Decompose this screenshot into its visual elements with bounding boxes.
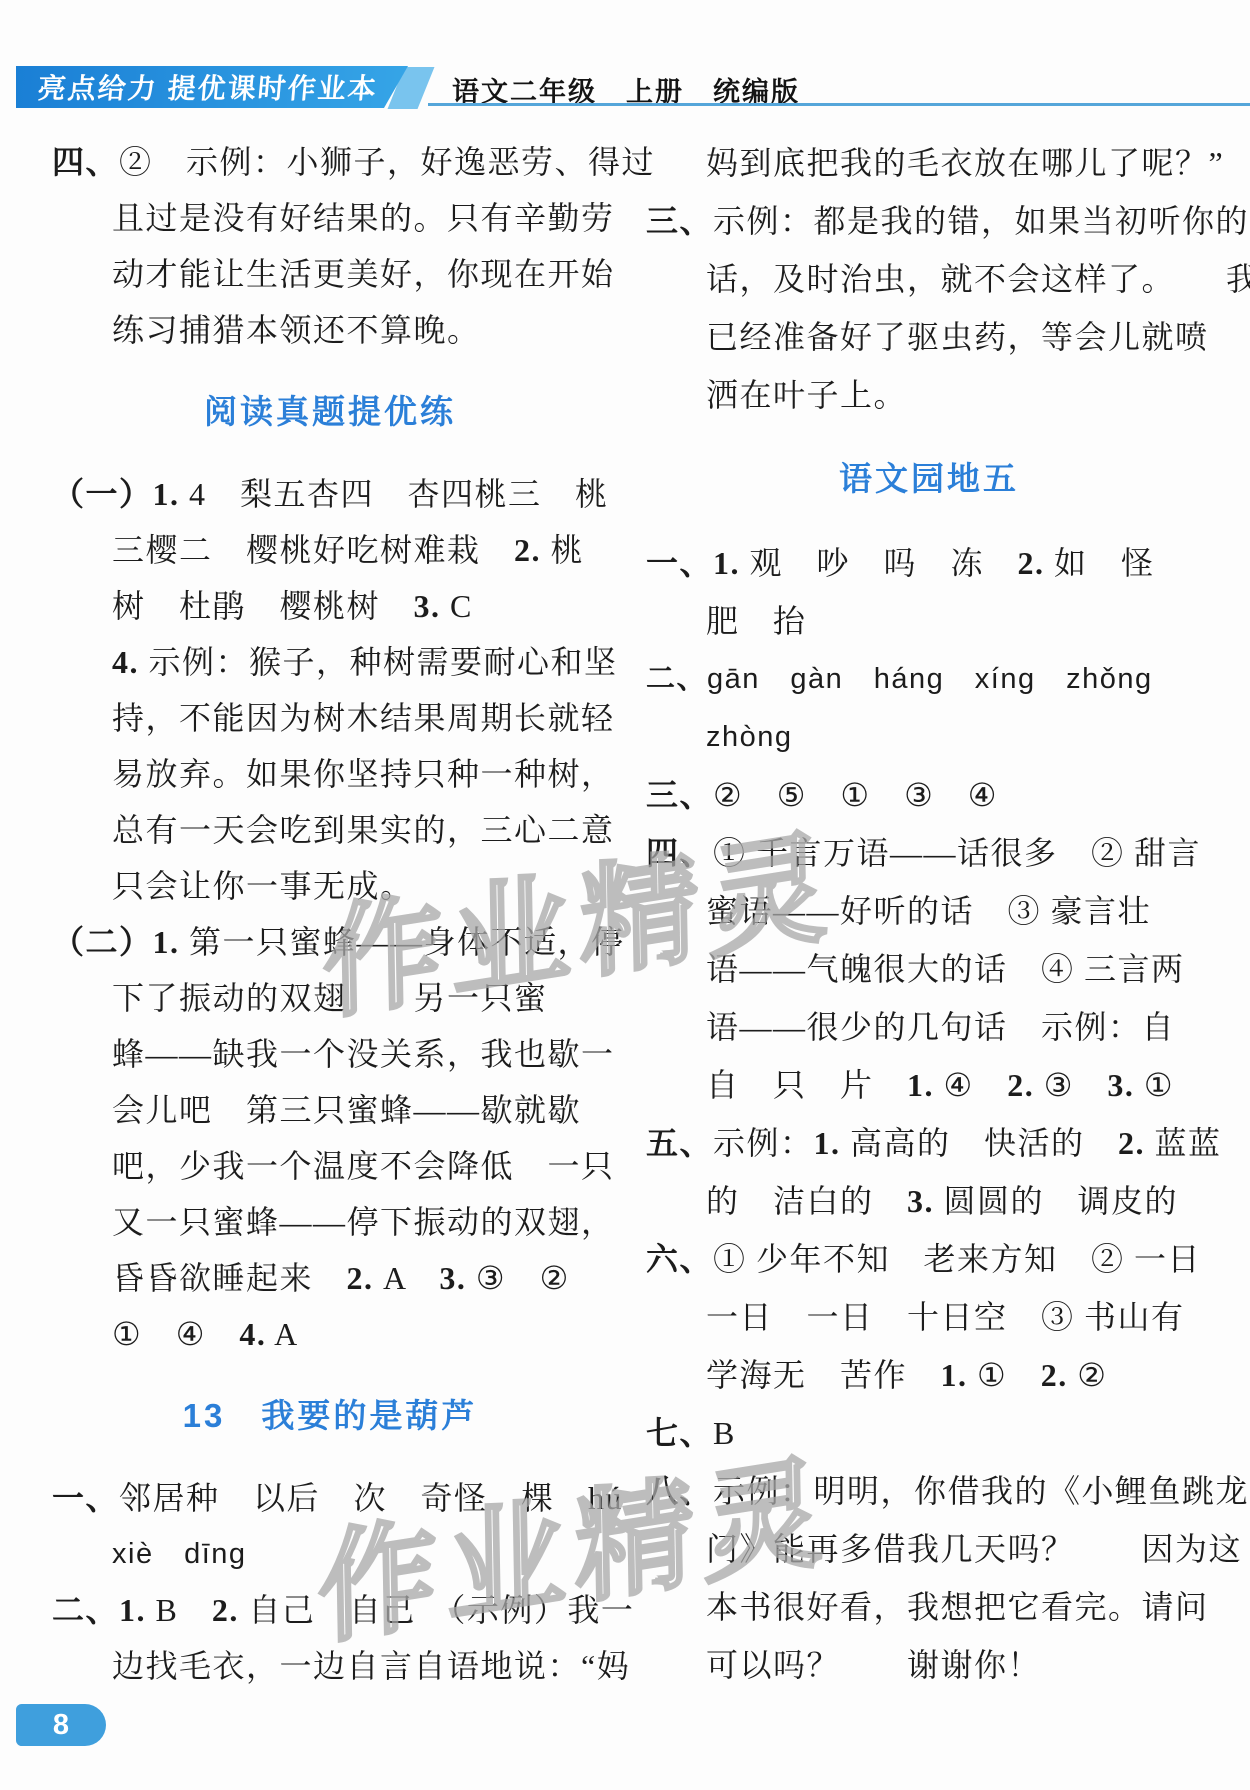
answer-line: 妈到底把我的毛衣放在哪儿了呢？”	[646, 134, 1212, 192]
answer-text: ① 千言万语——话很多 ② 甜言	[713, 835, 1201, 871]
answer-text: 洒在叶子上。	[706, 377, 907, 413]
answer-text: 1. B 2. 自己 自己 （示例）我一	[119, 1592, 634, 1628]
answer-text: ② 示例：小狮子，好逸恶劳、得过	[119, 144, 655, 180]
answer-text: 昏昏欲睡起来 2. A 3. ③ ②	[112, 1260, 570, 1296]
answer-line: 本书很好看，我想把它看完。请问	[646, 1578, 1212, 1636]
answer-text: 学海无 苦作 1. ① 2. ②	[706, 1357, 1107, 1393]
answer-text: 蜜语——好听的话 ③ 豪言壮	[706, 893, 1151, 929]
answer-line: 易放弃。如果你坚持只种一种树，	[52, 746, 608, 802]
item-label: 二、	[52, 1582, 119, 1638]
answer-text: 1. 4 梨五杏四 杏四桃三 桃	[153, 476, 609, 512]
answer-item: 七、B	[646, 1404, 1212, 1462]
answer-line: zhòng	[646, 708, 1212, 766]
answer-text: 蜂——缺我一个没关系，我也歇一	[112, 1036, 615, 1072]
answer-item: 三、示例：都是我的错，如果当初听你的	[646, 192, 1212, 250]
answer-line: xiè dīng	[52, 1526, 608, 1582]
answer-text: 本书很好看，我想把它看完。请问	[706, 1589, 1209, 1625]
answer-line: ① ④ 4. A	[52, 1306, 608, 1362]
answer-item: 六、① 少年不知 老来方知 ② 一日	[646, 1230, 1212, 1288]
answer-text: 只会让你一事无成。	[112, 868, 414, 904]
answer-text: 妈到底把我的毛衣放在哪儿了呢？”	[706, 145, 1224, 181]
answer-text: 语——很少的几句话 示例：自	[706, 1009, 1175, 1045]
answer-text: 又一只蜜蜂——停下振动的双翅，	[112, 1204, 615, 1240]
answer-text: 示例：1. 高高的 快活的 2. 蓝蓝	[713, 1125, 1222, 1161]
item-label: 一、	[52, 1470, 119, 1526]
item-label: 二、	[646, 650, 707, 708]
answer-text: 邻居种 以后 次 奇怪 棵 hú	[119, 1480, 623, 1516]
answer-item: 四、① 千言万语——话很多 ② 甜言	[646, 824, 1212, 882]
answer-text: 门》能再多借我几天吗？ 因为这	[706, 1531, 1242, 1567]
brand-logo-text: 亮点给力 提优课时作业本	[36, 67, 379, 107]
answer-text: ① ④ 4. A	[112, 1316, 299, 1352]
item-label: 三、	[646, 766, 713, 824]
header-rule	[428, 103, 1250, 106]
answer-item: 一、邻居种 以后 次 奇怪 棵 hú	[52, 1470, 608, 1526]
answer-line: 只会让你一事无成。	[52, 858, 608, 914]
item-label: 四、	[646, 824, 713, 882]
answer-item: 二、gān gàn háng xíng zhǒng	[646, 650, 1212, 708]
answer-line: 蜂——缺我一个没关系，我也歇一	[52, 1026, 608, 1082]
answer-text: gān gàn háng xíng zhǒng	[707, 663, 1153, 695]
answer-text: 示例：都是我的错，如果当初听你的	[713, 203, 1249, 239]
answer-text: 已经准备好了驱虫药，等会儿就喷	[706, 319, 1209, 355]
answer-line: 可以吗？ 谢谢你！	[646, 1636, 1212, 1694]
answer-text: 会儿吧 第三只蜜蜂——歇就歇	[112, 1092, 581, 1128]
answer-item: 八、示例：明明，你借我的《小鲤鱼跳龙	[646, 1462, 1212, 1520]
answer-text: 4. 示例：猴子，种树需要耐心和坚	[112, 644, 618, 680]
answer-text: 树 杜鹃 樱桃树 3. C	[112, 588, 473, 624]
answer-text: 一日 一日 十日空 ③ 书山有	[706, 1299, 1185, 1335]
page-number: 8	[53, 1709, 69, 1742]
answer-line: 已经准备好了驱虫药，等会儿就喷	[646, 308, 1212, 366]
answer-text: zhòng	[706, 721, 793, 753]
brand-banner-background: 亮点给力 提优课时作业本	[16, 66, 408, 108]
item-label: 六、	[646, 1230, 713, 1288]
answer-text: 自 只 片 1. ④ 2. ③ 3. ①	[706, 1067, 1174, 1103]
answer-item: 四、② 示例：小狮子，好逸恶劳、得过	[52, 134, 608, 190]
answer-line: 语——很少的几句话 示例：自	[646, 998, 1212, 1056]
answer-text: 且过是没有好结果的。只有辛勤劳	[112, 200, 615, 236]
item-label: 三、	[646, 192, 713, 250]
answer-line: 4. 示例：猴子，种树需要耐心和坚	[52, 634, 608, 690]
answer-text: ② ⑤ ① ③ ④	[713, 777, 998, 813]
answer-text: 1. 第一只蜜蜂——身体不适，停	[153, 924, 625, 960]
answer-item: 二、1. B 2. 自己 自己 （示例）我一	[52, 1582, 608, 1638]
answer-line: 肥 抬	[646, 592, 1212, 650]
answer-line: 洒在叶子上。	[646, 366, 1212, 424]
answer-text: 的 洁白的 3. 圆圆的 调皮的	[706, 1183, 1178, 1219]
section-heading: 语文园地五	[646, 450, 1212, 508]
answer-item: （一）1. 4 梨五杏四 杏四桃三 桃	[52, 466, 608, 522]
answer-line: 又一只蜜蜂——停下振动的双翅，	[52, 1194, 608, 1250]
item-label: （二）	[52, 914, 153, 970]
answers-right-column: 妈到底把我的毛衣放在哪儿了呢？”三、示例：都是我的错，如果当初听你的话，及时治虫…	[646, 134, 1212, 1694]
answer-text: 话，及时治虫，就不会这样了。 我	[706, 261, 1250, 297]
answer-text: 三樱二 樱桃好吃树难栽 2. 桃	[112, 532, 584, 568]
answer-line: 吧，少我一个温度不会降低 一只	[52, 1138, 608, 1194]
answer-line: 蜜语——好听的话 ③ 豪言壮	[646, 882, 1212, 940]
answer-text: 示例：明明，你借我的《小鲤鱼跳龙	[713, 1473, 1249, 1509]
answer-line: 边找毛衣，一边自言自语地说：“妈	[52, 1638, 608, 1694]
item-label: 一、	[646, 534, 713, 592]
answer-item: 五、示例：1. 高高的 快活的 2. 蓝蓝	[646, 1114, 1212, 1172]
answer-line: 总有一天会吃到果实的，三心二意	[52, 802, 608, 858]
answer-line: 持，不能因为树木结果周期长就轻	[52, 690, 608, 746]
answer-text: 边找毛衣，一边自言自语地说：“妈	[112, 1648, 630, 1684]
answer-text: 语——气魄很大的话 ④ 三言两	[706, 951, 1185, 987]
answer-line: 动才能让生活更美好，你现在开始	[52, 246, 608, 302]
answer-text: ① 少年不知 老来方知 ② 一日	[713, 1241, 1201, 1277]
answer-text: 持，不能因为树木结果周期长就轻	[112, 700, 615, 736]
answer-line: 且过是没有好结果的。只有辛勤劳	[52, 190, 608, 246]
answer-line: 一日 一日 十日空 ③ 书山有	[646, 1288, 1212, 1346]
section-heading: 阅读真题提优练	[52, 384, 608, 440]
item-label: 五、	[646, 1114, 713, 1172]
answer-text: 下了振动的双翅 另一只蜜	[112, 980, 548, 1016]
answer-text: B	[713, 1415, 736, 1451]
answer-text: 1. 观 吵 吗 冻 2. 如 怪	[713, 545, 1155, 581]
item-label: （一）	[52, 466, 153, 522]
answers-left-column: 四、② 示例：小狮子，好逸恶劳、得过且过是没有好结果的。只有辛勤劳动才能让生活更…	[52, 134, 608, 1694]
answer-line: 昏昏欲睡起来 2. A 3. ③ ②	[52, 1250, 608, 1306]
brand-banner: 亮点给力 提优课时作业本	[16, 66, 408, 108]
item-label: 四、	[52, 134, 119, 190]
answer-text: 动才能让生活更美好，你现在开始	[112, 256, 615, 292]
workbook-page: 亮点给力 提优课时作业本 语文二年级 上册 统编版 四、② 示例：小狮子，好逸恶…	[0, 0, 1250, 1790]
answer-line: 会儿吧 第三只蜜蜂——歇就歇	[52, 1082, 608, 1138]
answer-line: 学海无 苦作 1. ① 2. ②	[646, 1346, 1212, 1404]
answer-text: 练习捕猎本领还不算晚。	[112, 312, 481, 348]
answer-item: 一、1. 观 吵 吗 冻 2. 如 怪	[646, 534, 1212, 592]
item-label: 八、	[646, 1462, 713, 1520]
answer-text: xiè dīng	[112, 1538, 247, 1570]
answer-line: 话，及时治虫，就不会这样了。 我	[646, 250, 1212, 308]
page-number-badge: 8	[16, 1704, 106, 1746]
answer-text: 肥 抬	[706, 603, 807, 639]
answer-text: 可以吗？ 谢谢你！	[706, 1647, 1041, 1683]
answer-item: 三、② ⑤ ① ③ ④	[646, 766, 1212, 824]
answer-line: 树 杜鹃 樱桃树 3. C	[52, 578, 608, 634]
answer-line: 练习捕猎本领还不算晚。	[52, 302, 608, 358]
answer-line: 语——气魄很大的话 ④ 三言两	[646, 940, 1212, 998]
answer-text: 易放弃。如果你坚持只种一种树，	[112, 756, 615, 792]
section-heading: 13 我要的是葫芦	[52, 1388, 608, 1444]
answer-line: 自 只 片 1. ④ 2. ③ 3. ①	[646, 1056, 1212, 1114]
answer-line: 下了振动的双翅 另一只蜜	[52, 970, 608, 1026]
item-label: 七、	[646, 1404, 713, 1462]
answer-item: （二）1. 第一只蜜蜂——身体不适，停	[52, 914, 608, 970]
answer-line: 门》能再多借我几天吗？ 因为这	[646, 1520, 1212, 1578]
answer-line: 三樱二 樱桃好吃树难栽 2. 桃	[52, 522, 608, 578]
answer-line: 的 洁白的 3. 圆圆的 调皮的	[646, 1172, 1212, 1230]
answer-text: 总有一天会吃到果实的，三心二意	[112, 812, 615, 848]
answer-text: 吧，少我一个温度不会降低 一只	[112, 1148, 615, 1184]
